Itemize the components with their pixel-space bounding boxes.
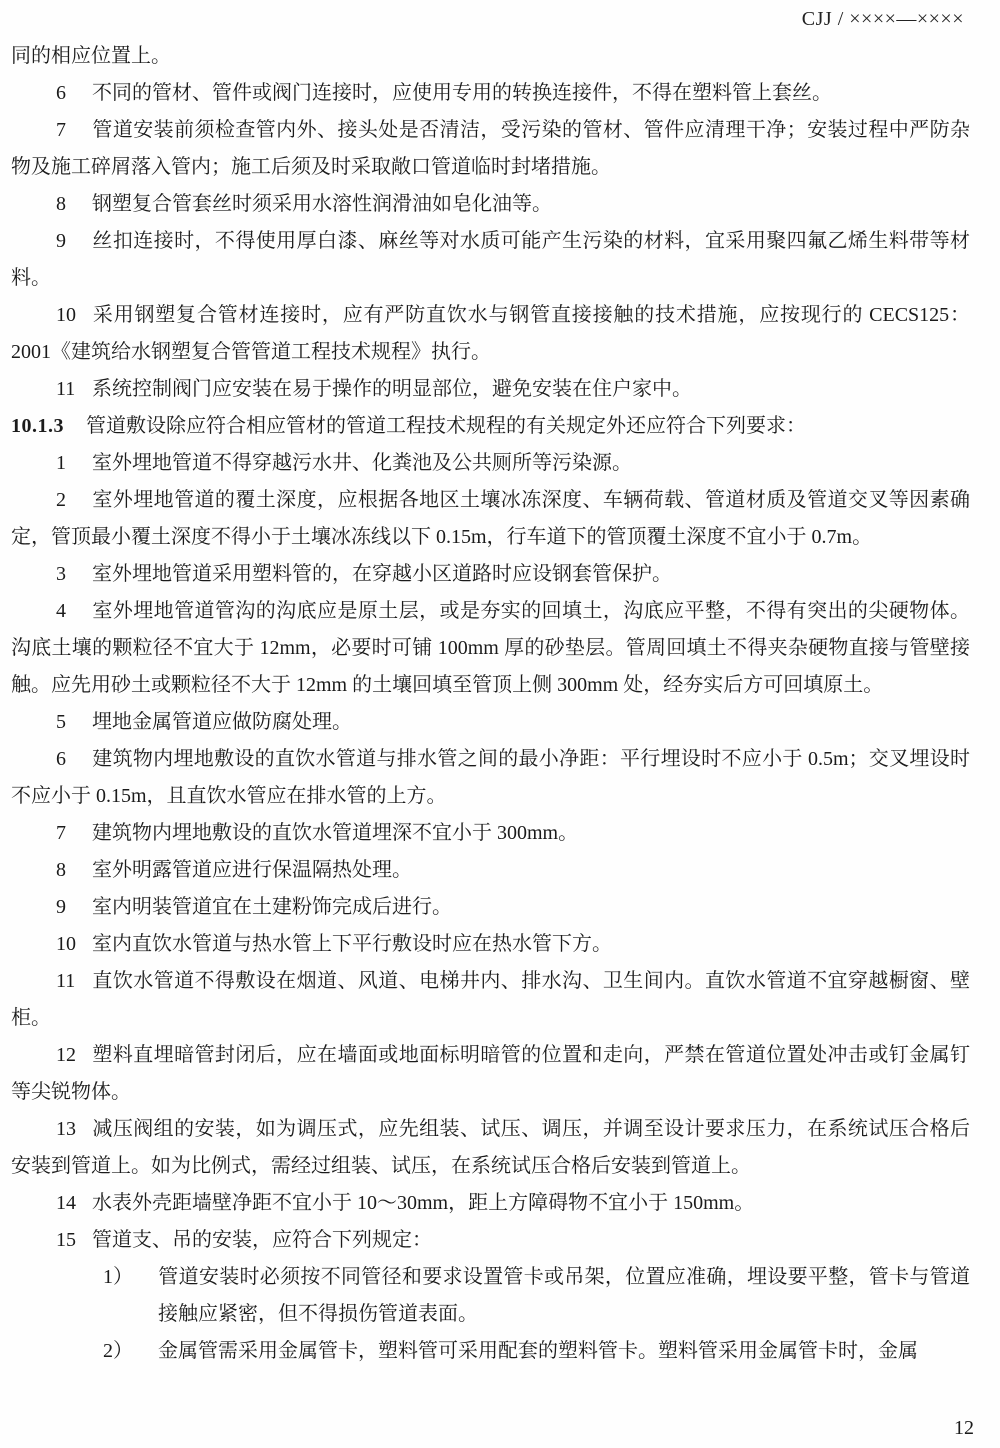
list-item: 10采用钢塑复合管材连接时，应有严防直饮水与钢管直接接触的技术措施，应按现行的 …	[11, 297, 970, 371]
clause-text: 管道敷设除应符合相应管材的管道工程技术规程的有关规定外还应符合下列要求：	[86, 415, 806, 437]
list-item: 14水表外壳距墙壁净距不宜小于 10～30mm，距上方障碍物不宜小于 150mm…	[11, 1185, 970, 1222]
list-item: 7建筑物内埋地敷设的直饮水管道埋深不宜小于 300mm。	[11, 815, 970, 852]
item-text: 钢塑复合管套丝时须采用水溶性润滑油如皂化油等。	[92, 193, 552, 215]
paragraph-continuation: 同的相应位置上。	[11, 38, 970, 75]
list-item: 11直饮水管道不得敷设在烟道、风道、电梯井内、排水沟、卫生间内。直饮水管道不宜穿…	[11, 963, 970, 1037]
list-item: 10室内直饮水管道与热水管上下平行敷设时应在热水管下方。	[11, 926, 970, 963]
list-item: 13减压阀组的安装，如为调压式，应先组装、试压、调压，并调至设计要求压力，在系统…	[11, 1111, 970, 1185]
item-text: 水表外壳距墙壁净距不宜小于 10～30mm，距上方障碍物不宜小于 150mm。	[92, 1192, 754, 1214]
item-number: 9	[56, 889, 92, 926]
list-item: 9室内明装管道宜在土建粉饰完成后进行。	[11, 889, 970, 926]
item-text: 室外埋地管道管沟的沟底应是原土层，或是夯实的回填土，沟底应平整，不得有突出的尖硬…	[11, 600, 970, 696]
list-item: 9丝扣连接时，不得使用厚白漆、麻丝等对水质可能产生污染的材料，宜采用聚四氟乙烯生…	[11, 223, 970, 297]
item-text: 丝扣连接时，不得使用厚白漆、麻丝等对水质可能产生污染的材料，宜采用聚四氟乙烯生料…	[11, 230, 970, 289]
clause-number: 10.1.3	[11, 415, 64, 437]
item-text: 系统控制阀门应安装在易于操作的明显部位，避免安装在住户家中。	[92, 378, 692, 400]
list-item: 5埋地金属管道应做防腐处理。	[11, 704, 970, 741]
document-page: CJJ / ××××—×××× 同的相应位置上。 6不同的管材、管件或阀门连接时…	[0, 0, 1000, 1448]
item-number: 7	[56, 815, 92, 852]
item-text: 室内明装管道宜在土建粉饰完成后进行。	[92, 896, 452, 918]
item-number: 14	[56, 1185, 92, 1222]
sub-item-number: 2）	[103, 1333, 158, 1370]
item-number: 7	[56, 112, 92, 149]
item-text: 室外明露管道应进行保温隔热处理。	[92, 859, 412, 881]
clause-heading: 10.1.3管道敷设除应符合相应管材的管道工程技术规程的有关规定外还应符合下列要…	[11, 408, 970, 445]
item-number: 3	[56, 556, 92, 593]
item-text: 塑料直埋暗管封闭后，应在墙面或地面标明暗管的位置和走向，严禁在管道位置处冲击或钉…	[11, 1044, 970, 1103]
item-text: 建筑物内埋地敷设的直饮水管道与排水管之间的最小净距：平行埋设时不应小于 0.5m…	[11, 748, 970, 807]
list-item: 6建筑物内埋地敷设的直饮水管道与排水管之间的最小净距：平行埋设时不应小于 0.5…	[11, 741, 970, 815]
item-text: 室内直饮水管道与热水管上下平行敷设时应在热水管下方。	[92, 933, 612, 955]
sub-item-number: 1）	[103, 1259, 158, 1296]
page-number: 12	[954, 1417, 974, 1440]
list-item: 6不同的管材、管件或阀门连接时，应使用专用的转换连接件，不得在塑料管上套丝。	[11, 75, 970, 112]
item-text: 管道安装前须检查管内外、接头处是否清洁，受污染的管材、管件应清理干净；安装过程中…	[11, 119, 970, 178]
item-number: 6	[56, 75, 92, 112]
item-text: 直饮水管道不得敷设在烟道、风道、电梯井内、排水沟、卫生间内。直饮水管道不宜穿越橱…	[11, 970, 970, 1029]
list-item: 1室外埋地管道不得穿越污水井、化粪池及公共厕所等污染源。	[11, 445, 970, 482]
list-item: 15管道支、吊的安装，应符合下列规定：	[11, 1222, 970, 1259]
list-item: 2室外埋地管道的覆土深度，应根据各地区土壤冰冻深度、车辆荷载、管道材质及管道交叉…	[11, 482, 970, 556]
list-item: 7管道安装前须检查管内外、接头处是否清洁，受污染的管材、管件应清理干净；安装过程…	[11, 112, 970, 186]
item-number: 1	[56, 445, 92, 482]
list-item: 3室外埋地管道采用塑料管的，在穿越小区道路时应设钢套管保护。	[11, 556, 970, 593]
list-item: 4室外埋地管道管沟的沟底应是原土层，或是夯实的回填土，沟底应平整，不得有突出的尖…	[11, 593, 970, 704]
item-text: 减压阀组的安装，如为调压式，应先组装、试压、调压，并调至设计要求压力，在系统试压…	[11, 1118, 970, 1177]
list-item: 12塑料直埋暗管封闭后，应在墙面或地面标明暗管的位置和走向，严禁在管道位置处冲击…	[11, 1037, 970, 1111]
item-number: 5	[56, 704, 92, 741]
item-number: 10	[56, 297, 92, 334]
item-number: 15	[56, 1222, 92, 1259]
list-item: 8室外明露管道应进行保温隔热处理。	[11, 852, 970, 889]
sub-list-item: 1）管道安装时必须按不同管径和要求设置管卡或吊架，位置应准确，埋设要平整，管卡与…	[11, 1259, 970, 1333]
sub-list-item: 2）金属管需采用金属管卡，塑料管可采用配套的塑料管卡。塑料管采用金属管卡时，金属	[11, 1333, 970, 1370]
item-number: 11	[56, 371, 92, 408]
item-number: 12	[56, 1037, 92, 1074]
item-text: 管道支、吊的安装，应符合下列规定：	[92, 1229, 432, 1251]
item-text: 建筑物内埋地敷设的直饮水管道埋深不宜小于 300mm。	[92, 822, 578, 844]
item-text: 采用钢塑复合管材连接时，应有严防直饮水与钢管直接接触的技术措施，应按现行的 CE…	[11, 304, 970, 363]
item-number: 4	[56, 593, 92, 630]
sub-item-text: 金属管需采用金属管卡，塑料管可采用配套的塑料管卡。塑料管采用金属管卡时，金属	[158, 1340, 918, 1362]
list-item: 11系统控制阀门应安装在易于操作的明显部位，避免安装在住户家中。	[11, 371, 970, 408]
item-text: 室外埋地管道的覆土深度，应根据各地区土壤冰冻深度、车辆荷载、管道材质及管道交叉等…	[11, 489, 970, 548]
item-number: 6	[56, 741, 92, 778]
paragraph-text: 同的相应位置上。	[11, 45, 171, 67]
item-text: 埋地金属管道应做防腐处理。	[92, 711, 352, 733]
item-number: 13	[56, 1111, 92, 1148]
standard-code: CJJ / ××××—××××	[802, 8, 964, 30]
list-item: 8钢塑复合管套丝时须采用水溶性润滑油如皂化油等。	[11, 186, 970, 223]
item-text: 不同的管材、管件或阀门连接时，应使用专用的转换连接件，不得在塑料管上套丝。	[92, 82, 832, 104]
item-number: 9	[56, 223, 92, 260]
item-number: 2	[56, 482, 92, 519]
document-body: 同的相应位置上。 6不同的管材、管件或阀门连接时，应使用专用的转换连接件，不得在…	[11, 38, 970, 1370]
item-number: 8	[56, 852, 92, 889]
sub-item-text: 管道安装时必须按不同管径和要求设置管卡或吊架，位置应准确，埋设要平整，管卡与管道…	[158, 1266, 970, 1325]
page-header: CJJ / ××××—××××	[0, 8, 964, 31]
item-number: 10	[56, 926, 92, 963]
item-text: 室外埋地管道采用塑料管的，在穿越小区道路时应设钢套管保护。	[92, 563, 672, 585]
item-text: 室外埋地管道不得穿越污水井、化粪池及公共厕所等污染源。	[92, 452, 632, 474]
item-number: 11	[56, 963, 92, 1000]
item-number: 8	[56, 186, 92, 223]
